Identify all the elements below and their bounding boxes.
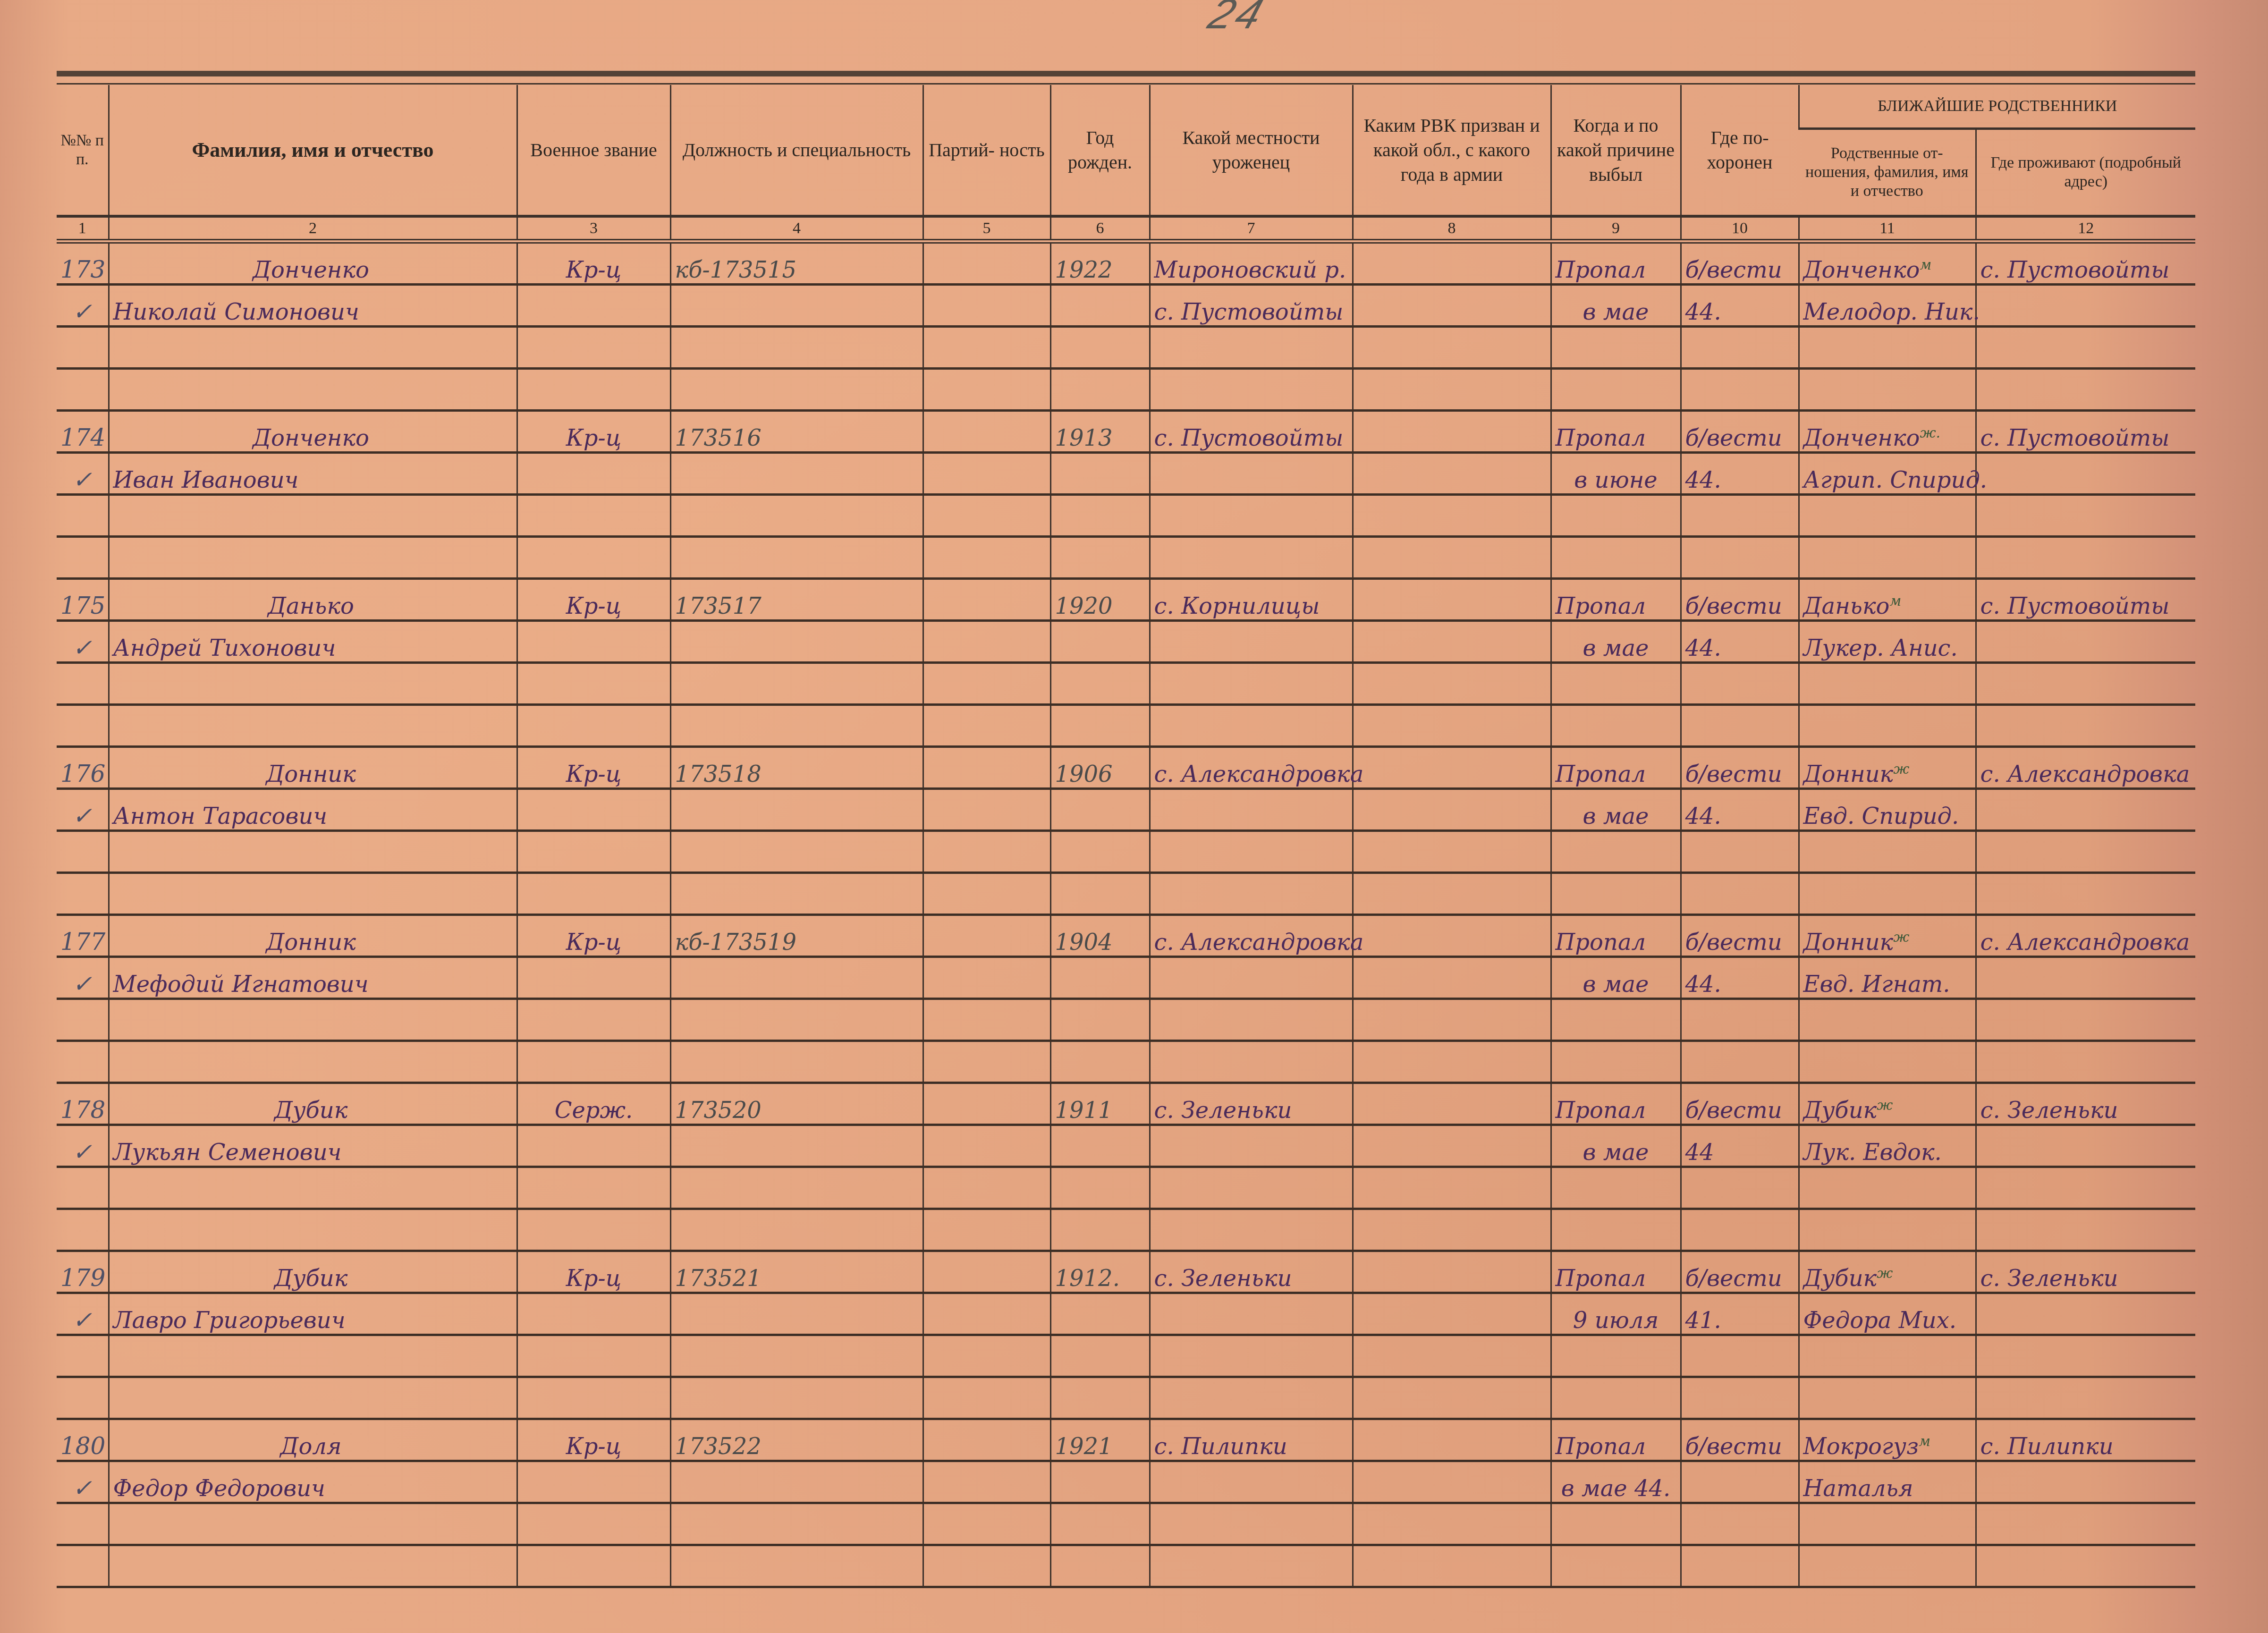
empty-cell: [1681, 873, 1799, 915]
empty-cell: [1150, 1545, 1353, 1587]
record-rank: Кр-ц: [517, 579, 670, 621]
empty-cell: [517, 1503, 670, 1545]
empty-cell: [1976, 1167, 2195, 1209]
record-birthplace-line2: [1150, 1125, 1353, 1167]
record-position: 173521: [670, 1251, 923, 1293]
empty-cell: [1150, 1041, 1353, 1083]
empty-cell: [1976, 999, 2195, 1041]
empty-cell: [670, 285, 923, 327]
record-relative: Донникж: [1799, 747, 1976, 789]
empty-cell: [1681, 999, 1799, 1041]
empty-cell: [57, 1503, 109, 1545]
record-surname: Донник: [109, 915, 517, 957]
record-row-blank1: [57, 495, 2195, 537]
empty-cell: [1976, 957, 2195, 999]
empty-cell: [923, 1503, 1050, 1545]
record-birthplace: Мироновский р.: [1150, 241, 1353, 285]
record-given-name: Лавро Григорьевич: [109, 1293, 517, 1335]
empty-cell: [109, 1167, 517, 1209]
record-row-blank1: [57, 1167, 2195, 1209]
empty-cell: [670, 1167, 923, 1209]
empty-cell: [923, 1377, 1050, 1419]
record-birth-year: 1906: [1050, 747, 1150, 789]
empty-cell: [1050, 621, 1150, 663]
record-birthplace: с. Александровка: [1150, 915, 1353, 957]
empty-cell: [923, 705, 1050, 747]
empty-cell: [1050, 663, 1150, 705]
record-given-name: Мефодий Игнатович: [109, 957, 517, 999]
empty-cell: [57, 1167, 109, 1209]
empty-cell: [1681, 663, 1799, 705]
empty-cell: [1976, 453, 2195, 495]
record-when-left-line2: в мае 44.: [1551, 1461, 1681, 1503]
col-num-2: 2: [109, 216, 517, 241]
record-given-name: Федор Федорович: [109, 1461, 517, 1503]
empty-cell: [1050, 1209, 1150, 1251]
casualty-register-table: №№ п п. Фамилия, имя и отчество Военное …: [57, 85, 2195, 1588]
empty-cell: [1976, 1461, 2195, 1503]
record-row-blank1: [57, 831, 2195, 873]
empty-cell: [1799, 1209, 1976, 1251]
record-address: с. Пустовойты: [1976, 241, 2195, 285]
empty-cell: [1799, 1335, 1976, 1377]
record-position: 173522: [670, 1419, 923, 1461]
empty-cell: [1353, 1041, 1551, 1083]
record-surname: Донченко: [109, 411, 517, 453]
empty-cell: [1976, 1503, 2195, 1545]
empty-cell: [923, 537, 1050, 579]
empty-cell: [923, 957, 1050, 999]
record-position: 173520: [670, 1083, 923, 1125]
empty-cell: [1150, 873, 1353, 915]
empty-cell: [517, 1335, 670, 1377]
record-buried: б/вести: [1681, 915, 1799, 957]
empty-cell: [1799, 1041, 1976, 1083]
empty-cell: [1551, 1209, 1681, 1251]
checkmark-icon: ✓: [57, 621, 109, 663]
empty-cell: [1976, 873, 2195, 915]
empty-cell: [1353, 495, 1551, 537]
record-row-blank2: [57, 1209, 2195, 1251]
col-header-birth-year: Год рожден.: [1050, 85, 1150, 216]
empty-cell: [923, 285, 1050, 327]
empty-cell: [1353, 1167, 1551, 1209]
empty-cell: [517, 999, 670, 1041]
empty-cell: [57, 537, 109, 579]
record-relative-line2: Лук. Евдок.: [1799, 1125, 1976, 1167]
empty-cell: [670, 495, 923, 537]
page-number: 24: [1147, 0, 1326, 28]
record-number: 177: [57, 915, 109, 957]
col-header-number: №№ п п.: [57, 85, 109, 216]
empty-cell: [57, 1545, 109, 1587]
record-birthplace-line2: [1150, 957, 1353, 999]
empty-cell: [109, 705, 517, 747]
empty-cell: [1976, 663, 2195, 705]
col-num-4: 4: [670, 216, 923, 241]
empty-cell: [1150, 1503, 1353, 1545]
record-buried-line2: [1681, 1461, 1799, 1503]
empty-cell: [1681, 1545, 1799, 1587]
record-buried: б/вести: [1681, 747, 1799, 789]
record-party: [923, 1083, 1050, 1125]
empty-cell: [1799, 369, 1976, 411]
empty-cell: [1050, 1503, 1150, 1545]
record-row-blank2: [57, 1377, 2195, 1419]
empty-cell: [1976, 1335, 2195, 1377]
record-relative-line2: Евд. Спирид.: [1799, 789, 1976, 831]
record-relative: Донченкож.: [1799, 411, 1976, 453]
record-position: 173516: [670, 411, 923, 453]
empty-cell: [1353, 453, 1551, 495]
record-address: с. Зеленьки: [1976, 1083, 2195, 1125]
empty-cell: [517, 495, 670, 537]
empty-cell: [1681, 705, 1799, 747]
empty-cell: [1681, 831, 1799, 873]
empty-cell: [1976, 537, 2195, 579]
record-buried-line2: 44.: [1681, 453, 1799, 495]
col-num-5: 5: [923, 216, 1050, 241]
record-given-name: Андрей Тихонович: [109, 621, 517, 663]
empty-cell: [517, 1041, 670, 1083]
record-surname: Дубик: [109, 1251, 517, 1293]
record-buried-line2: 41.: [1681, 1293, 1799, 1335]
empty-cell: [1353, 663, 1551, 705]
record-buried-line2: 44.: [1681, 621, 1799, 663]
empty-cell: [517, 285, 670, 327]
empty-cell: [57, 999, 109, 1041]
empty-cell: [517, 1545, 670, 1587]
empty-cell: [1353, 873, 1551, 915]
empty-cell: [1050, 957, 1150, 999]
empty-cell: [1353, 1293, 1551, 1335]
empty-cell: [923, 621, 1050, 663]
empty-cell: [109, 1209, 517, 1251]
top-thin-rule: [57, 83, 2195, 85]
relation-mark: м: [1889, 593, 1901, 609]
record-rvk: [1353, 1419, 1551, 1461]
empty-cell: [670, 1125, 923, 1167]
record-party: [923, 747, 1050, 789]
record-given-name: Николай Симонович: [109, 285, 517, 327]
empty-cell: [57, 1209, 109, 1251]
empty-cell: [109, 1041, 517, 1083]
empty-cell: [670, 453, 923, 495]
empty-cell: [517, 1293, 670, 1335]
record-birthplace-line2: [1150, 621, 1353, 663]
record-row-blank2: [57, 1041, 2195, 1083]
empty-cell: [57, 327, 109, 369]
col-header-party: Партий- ность: [923, 85, 1050, 216]
record-row-line2: ✓ Антон Тарасович в мае 44. Евд. Спирид.: [57, 789, 2195, 831]
empty-cell: [1353, 621, 1551, 663]
empty-cell: [1551, 873, 1681, 915]
record-surname: Дубик: [109, 1083, 517, 1125]
empty-cell: [1353, 957, 1551, 999]
empty-cell: [1353, 1377, 1551, 1419]
empty-cell: [109, 1377, 517, 1419]
record-buried: б/вести: [1681, 1419, 1799, 1461]
col-header-birthplace: Какой местности уроженец: [1150, 85, 1353, 216]
empty-cell: [57, 705, 109, 747]
empty-cell: [1050, 1335, 1150, 1377]
empty-cell: [57, 873, 109, 915]
empty-cell: [109, 831, 517, 873]
empty-cell: [1050, 495, 1150, 537]
empty-cell: [1551, 663, 1681, 705]
record-birth-year: 1922: [1050, 241, 1150, 285]
empty-cell: [1050, 453, 1150, 495]
empty-cell: [1799, 495, 1976, 537]
empty-cell: [1353, 327, 1551, 369]
empty-cell: [1050, 1167, 1150, 1209]
col-num-8: 8: [1353, 216, 1551, 241]
empty-cell: [517, 831, 670, 873]
empty-cell: [1050, 705, 1150, 747]
empty-cell: [1353, 831, 1551, 873]
record-row-blank1: [57, 999, 2195, 1041]
record-row-line2: ✓ Мефодий Игнатович в мае 44. Евд. Игнат…: [57, 957, 2195, 999]
record-when-left: Пропал: [1551, 747, 1681, 789]
empty-cell: [1976, 495, 2195, 537]
record-row-line1: 176 Донник Кр-ц 173518 1906 с. Александр…: [57, 747, 2195, 789]
checkmark-icon: ✓: [57, 1461, 109, 1503]
empty-cell: [57, 495, 109, 537]
empty-cell: [923, 453, 1050, 495]
empty-cell: [670, 873, 923, 915]
empty-cell: [1976, 1125, 2195, 1167]
empty-cell: [1976, 369, 2195, 411]
col-num-10: 10: [1681, 216, 1799, 241]
record-address: с. Зеленьки: [1976, 1251, 2195, 1293]
relation-mark: ж: [1877, 1265, 1893, 1282]
empty-cell: [517, 621, 670, 663]
empty-cell: [1551, 1335, 1681, 1377]
empty-cell: [1050, 1377, 1150, 1419]
empty-cell: [923, 369, 1050, 411]
record-row-blank2: [57, 369, 2195, 411]
empty-cell: [923, 873, 1050, 915]
checkmark-icon: ✓: [57, 1293, 109, 1335]
record-address: с. Пилипки: [1976, 1419, 2195, 1461]
empty-cell: [1551, 1377, 1681, 1419]
empty-cell: [670, 705, 923, 747]
empty-cell: [1799, 663, 1976, 705]
record-number: 179: [57, 1251, 109, 1293]
empty-cell: [1976, 1041, 2195, 1083]
record-buried: б/вести: [1681, 1083, 1799, 1125]
empty-cell: [1353, 1209, 1551, 1251]
empty-cell: [1150, 999, 1353, 1041]
record-row-blank2: [57, 705, 2195, 747]
empty-cell: [670, 999, 923, 1041]
record-when-left-line2: в мае: [1551, 789, 1681, 831]
col-header-full-name: Фамилия, имя и отчество: [109, 85, 517, 216]
record-rvk: [1353, 1251, 1551, 1293]
empty-cell: [1353, 369, 1551, 411]
empty-cell: [1353, 789, 1551, 831]
record-relative: Мокрогузм: [1799, 1419, 1976, 1461]
record-row-line2: ✓ Иван Иванович в июне 44. Агрип. Спирид…: [57, 453, 2195, 495]
record-party: [923, 241, 1050, 285]
empty-cell: [1050, 1041, 1150, 1083]
relation-mark: ж: [1893, 929, 1909, 946]
empty-cell: [1050, 327, 1150, 369]
record-number: 176: [57, 747, 109, 789]
record-rvk: [1353, 411, 1551, 453]
empty-cell: [1799, 327, 1976, 369]
empty-cell: [670, 327, 923, 369]
record-rvk: [1353, 241, 1551, 285]
empty-cell: [517, 873, 670, 915]
record-row-blank1: [57, 327, 2195, 369]
empty-cell: [923, 495, 1050, 537]
empty-cell: [1551, 1545, 1681, 1587]
record-party: [923, 1251, 1050, 1293]
record-given-name: Антон Тарасович: [109, 789, 517, 831]
empty-cell: [1799, 1167, 1976, 1209]
record-birthplace: с. Пилипки: [1150, 1419, 1353, 1461]
empty-cell: [1353, 1335, 1551, 1377]
record-buried: б/вести: [1681, 1251, 1799, 1293]
empty-cell: [1050, 369, 1150, 411]
empty-cell: [670, 957, 923, 999]
record-rvk: [1353, 1083, 1551, 1125]
empty-cell: [1799, 999, 1976, 1041]
record-relative: Донникж: [1799, 915, 1976, 957]
empty-cell: [923, 327, 1050, 369]
empty-cell: [1150, 1167, 1353, 1209]
record-rvk: [1353, 747, 1551, 789]
empty-cell: [1976, 1209, 2195, 1251]
record-position: 173517: [670, 579, 923, 621]
empty-cell: [1150, 663, 1353, 705]
empty-cell: [1976, 285, 2195, 327]
empty-cell: [109, 873, 517, 915]
empty-cell: [1681, 327, 1799, 369]
empty-cell: [109, 327, 517, 369]
record-buried: б/вести: [1681, 579, 1799, 621]
record-birthplace-line2: [1150, 1461, 1353, 1503]
empty-cell: [1681, 1377, 1799, 1419]
empty-cell: [670, 831, 923, 873]
record-rank: Кр-ц: [517, 241, 670, 285]
empty-cell: [1551, 705, 1681, 747]
empty-cell: [1050, 873, 1150, 915]
record-birthplace: с. Зеленьки: [1150, 1251, 1353, 1293]
record-party: [923, 579, 1050, 621]
record-row-blank2: [57, 537, 2195, 579]
empty-cell: [1551, 537, 1681, 579]
empty-cell: [923, 1293, 1050, 1335]
empty-cell: [1050, 831, 1150, 873]
record-rvk: [1353, 579, 1551, 621]
record-when-left: Пропал: [1551, 411, 1681, 453]
record-rank: Серж.: [517, 1083, 670, 1125]
empty-cell: [1150, 831, 1353, 873]
empty-cell: [670, 537, 923, 579]
empty-cell: [109, 369, 517, 411]
record-relative-line2: Наталья: [1799, 1461, 1976, 1503]
record-row-line1: 174 Донченко Кр-ц 173516 1913 с. Пустово…: [57, 411, 2195, 453]
record-relative: Донченком: [1799, 241, 1976, 285]
empty-cell: [1681, 1041, 1799, 1083]
relation-mark: ж: [1893, 761, 1909, 778]
record-row-line2: ✓ Андрей Тихонович в мае 44. Лукер. Анис…: [57, 621, 2195, 663]
empty-cell: [1551, 999, 1681, 1041]
empty-cell: [1353, 1545, 1551, 1587]
record-address: с. Пустовойты: [1976, 579, 2195, 621]
empty-cell: [109, 537, 517, 579]
empty-cell: [670, 789, 923, 831]
record-given-name: Иван Иванович: [109, 453, 517, 495]
record-rank: Кр-ц: [517, 747, 670, 789]
empty-cell: [517, 327, 670, 369]
record-birth-year: 1913: [1050, 411, 1150, 453]
record-when-left: Пропал: [1551, 915, 1681, 957]
empty-cell: [670, 621, 923, 663]
record-surname: Донченко: [109, 241, 517, 285]
empty-cell: [1050, 285, 1150, 327]
empty-cell: [670, 1293, 923, 1335]
record-surname: Донник: [109, 747, 517, 789]
record-party: [923, 411, 1050, 453]
record-position: кб-173515: [670, 241, 923, 285]
checkmark-icon: ✓: [57, 1125, 109, 1167]
empty-cell: [1551, 495, 1681, 537]
empty-cell: [1799, 1503, 1976, 1545]
record-birthplace: с. Александровка: [1150, 747, 1353, 789]
record-position: кб-173519: [670, 915, 923, 957]
record-when-left-line2: в июне: [1551, 453, 1681, 495]
record-birthplace-line2: [1150, 453, 1353, 495]
empty-cell: [1050, 1125, 1150, 1167]
record-birthplace-line2: [1150, 1293, 1353, 1335]
empty-cell: [1353, 705, 1551, 747]
empty-cell: [1799, 705, 1976, 747]
empty-cell: [517, 1209, 670, 1251]
record-row-line1: 175 Данько Кр-ц 173517 1920 с. Корнилицы…: [57, 579, 2195, 621]
empty-cell: [1150, 1335, 1353, 1377]
record-birth-year: 1920: [1050, 579, 1150, 621]
record-when-left: Пропал: [1551, 1083, 1681, 1125]
empty-cell: [670, 1377, 923, 1419]
col-header-relatives-group: БЛИЖАЙШИЕ РОДСТВЕННИКИ: [1799, 85, 2195, 129]
empty-cell: [1799, 831, 1976, 873]
record-row-line2: ✓ Лукьян Семенович в мае 44 Лук. Евдок.: [57, 1125, 2195, 1167]
record-relative-line2: Агрип. Спирид.: [1799, 453, 1976, 495]
empty-cell: [1681, 1335, 1799, 1377]
col-num-12: 12: [1976, 216, 2195, 241]
col-header-buried: Где по- хоронен: [1681, 85, 1799, 216]
empty-cell: [1976, 327, 2195, 369]
empty-cell: [1976, 831, 2195, 873]
record-when-left-line2: в мае: [1551, 621, 1681, 663]
record-relative-line2: Федора Мих.: [1799, 1293, 1976, 1335]
top-double-rule: [57, 71, 2195, 76]
empty-cell: [1681, 1503, 1799, 1545]
empty-cell: [1799, 1377, 1976, 1419]
record-position: 173518: [670, 747, 923, 789]
empty-cell: [1551, 1041, 1681, 1083]
record-relative: Даньком: [1799, 579, 1976, 621]
empty-cell: [1050, 789, 1150, 831]
empty-cell: [57, 831, 109, 873]
record-rank: Кр-ц: [517, 1251, 670, 1293]
empty-cell: [517, 453, 670, 495]
record-relative: Дубикж: [1799, 1083, 1976, 1125]
record-birth-year: 1921: [1050, 1419, 1150, 1461]
